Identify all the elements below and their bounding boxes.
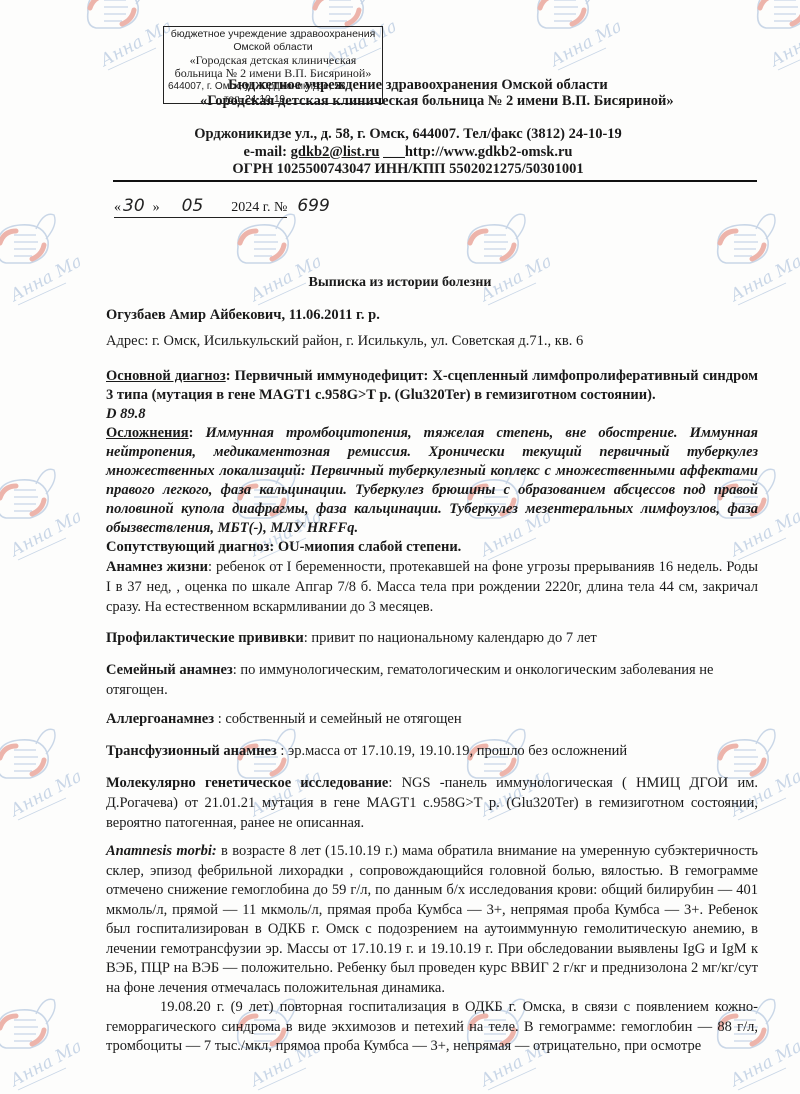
letterhead-divider [113,180,757,182]
family-anamnesis-section: Семейный анамнез: по иммунологическим, г… [106,660,758,700]
svg-text:Анна Мария: Анна Мария [726,236,800,306]
email-label: e-mail: [244,144,291,160]
transfusion-label: Трансфузионный анамнез [106,743,277,759]
svg-text:Анна Мария: Анна Мария [6,1021,80,1091]
org-address: Орджоникидзе ул., д. 58, г. Омск, 644007… [108,126,708,144]
svg-text:Анна Мария: Анна Мария [476,236,550,306]
family-anamnesis-label: Семейный анамнез [106,662,233,678]
genetic-section: Молекулярно генетическое исследование: N… [106,773,758,833]
watermark-logo-icon: Анна Мария [440,205,550,315]
morbi-section: Anamnesis morbi: в возрасте 8 лет (15.10… [106,842,758,1057]
morbi-text: в возрасте 8 лет (15.10.19 г.) мама обра… [106,843,758,996]
svg-text:Анна Мария: Анна Мария [6,491,80,561]
svg-text:Анна Мария: Анна Мария [96,1,170,71]
website-separator: ___ [379,144,404,160]
life-anamnesis-label: Анамнез жизни [106,559,208,575]
date-day: 30 [123,196,145,216]
svg-text:Анна Мария: Анна Мария [246,236,320,306]
website-link[interactable]: http://www.gdkb2-omsk.ru [405,144,573,160]
patient-address: Адрес: г. Омск, Исилькульский район, г. … [106,331,758,351]
allergy-text: : собственный и семейный не отягощен [214,711,462,727]
patient-name: Огузбаев Амир Айбекович, 11.06.2011 г. р… [106,305,758,325]
svg-text:Анна Мария: Анна Мария [6,751,80,821]
date-day-field: «30»052024 г. № [114,196,287,218]
close-quote: » [153,200,160,215]
watermark-logo-icon: Анна Мария [0,205,80,315]
icd-code: D 89.8 [106,405,758,424]
main-diagnosis-section: Основной диагноз: Первичный иммунодефици… [106,367,758,557]
org-name-line-2: «Городская детская клиническая больница … [200,92,700,110]
svg-text:Анна Мария: Анна Мария [546,1,620,71]
watermark-logo-icon: Анна Мария [0,990,80,1094]
life-anamnesis-section: Анамнез жизни: ребенок от I беременности… [106,557,758,617]
email-link[interactable]: gdkb2@list.ru [291,144,380,160]
document-date-number: «30»052024 г. № 699 [114,196,330,218]
number-label: № [274,200,287,215]
vaccinations-label: Профилактические прививки [106,630,304,646]
complications-colon: : [189,425,206,441]
stamp-line-1: бюджетное учреждение здравоохранения [164,28,382,41]
org-registry: ОГРН 1025500743047 ИНН/КПП 5502021275/50… [108,161,708,179]
document-number: 699 [297,196,329,216]
vaccinations-text: : привит по национальному календарю до 7… [304,630,597,646]
allergy-section: Аллергоанамнез : собственный и семейный … [106,709,758,729]
complications-label: Осложнения [106,425,189,441]
date-month: 05 [182,196,204,216]
watermark-logo-icon: Анна Мария [0,460,80,570]
transfusion-section: Трансфузионный анамнез : эр.масса от 17.… [106,741,758,761]
watermark-logo-icon: Анна Мария [730,0,800,80]
svg-text:Анна Мария: Анна Мария [6,236,80,306]
document-title: Выписка из истории болезни [0,275,800,291]
org-web-contacts: e-mail: gdkb2@list.ru ___http://www.gdkb… [108,144,708,162]
open-quote: « [114,200,121,215]
concomitant-diagnosis: Сопутствующий диагноз: OU-миопия слабой … [106,538,758,557]
letterhead-contacts: Орджоникидзе ул., д. 58, г. Омск, 644007… [108,126,708,179]
svg-text:Анна Мария: Анна Мария [766,1,800,71]
date-year: 2024 г. [231,200,270,215]
genetic-label: Молекулярно генетическое исследование [106,775,388,791]
vaccinations-section: Профилактические прививки: привит по нац… [106,628,758,648]
complications-text: Иммунная тромбоцитопения, тяжелая степен… [106,425,758,536]
watermark-logo-icon: Анна Мария [510,0,620,80]
watermark-logo-icon: Анна Мария [60,0,170,80]
watermark-logo-icon: Анна Мария [210,205,320,315]
transfusion-text: : эр.масса от 17.10.19, 19.10.19, прошло… [277,743,627,759]
watermark-logo-icon: Анна Мария [690,205,800,315]
morbi-label: Anamnesis morbi: [106,843,217,859]
main-diagnosis-label: Основной диагноз [106,368,226,384]
rehospitalization-text: 19.08.20 г. (9 лет) повторная госпитализ… [106,998,758,1057]
watermark-logo-icon: Анна Мария [0,720,80,830]
allergy-label: Аллергоанамнез [106,711,214,727]
